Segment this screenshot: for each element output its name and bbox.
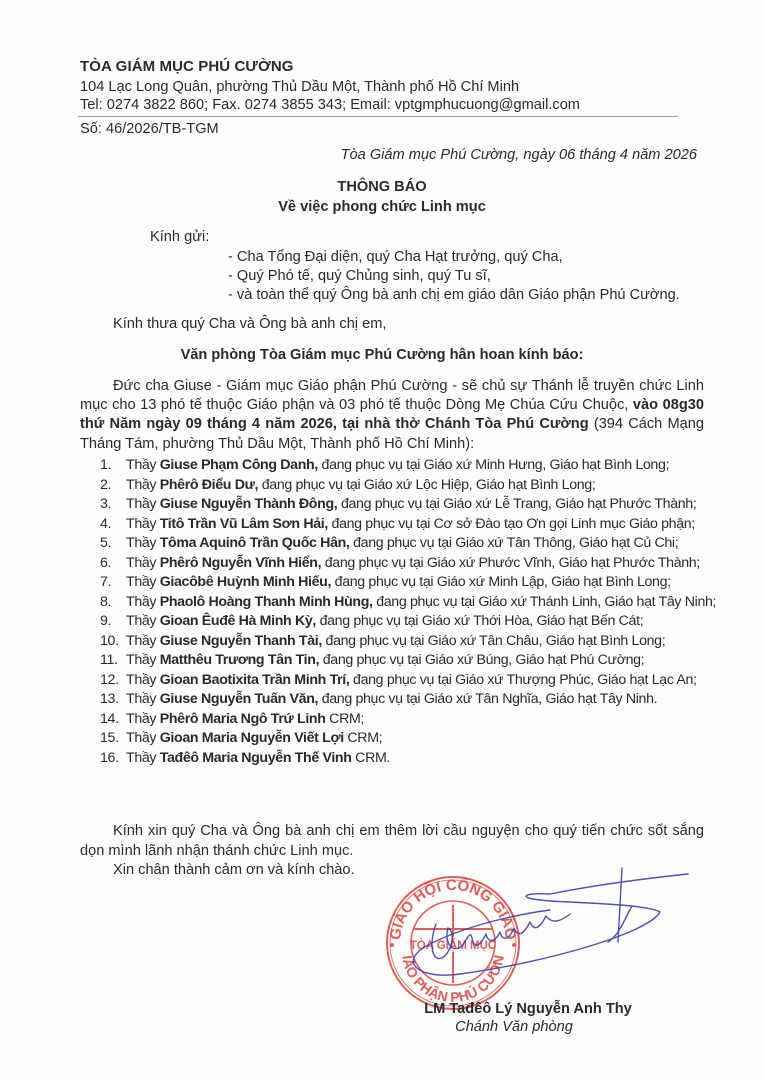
list-item: 1.Thầy Giuse Phạm Công Danh, đang phục v… [100, 456, 716, 476]
organization-address: 104 Lạc Long Quân, phường Thủ Dầu Một, T… [80, 79, 519, 95]
recipient-line: - và toàn thể quý Ông bà anh chị em giáo… [228, 287, 680, 303]
list-item: 2.Thầy Phêrô Điểu Dư, đang phục vụ tại G… [100, 476, 716, 496]
recipient-line: - Cha Tổng Đại diện, quý Cha Hạt trưởng,… [228, 249, 563, 265]
organization-contact: Tel: 0274 3822 860; Fax. 0274 3855 343; … [80, 97, 580, 113]
ordinand-list: 1.Thầy Giuse Phạm Công Danh, đang phục v… [100, 456, 716, 768]
document-subject: Về việc phong chức Linh mục [0, 199, 764, 215]
list-item: 14.Thầy Phêrô Maria Ngô Trứ Linh CRM; [100, 710, 716, 730]
ordinand-name: Phêrô Điểu Dư, [160, 477, 258, 493]
recipient-line: - Quý Phó tế, quý Chủng sinh, quý Tu sĩ, [228, 268, 491, 284]
ordinand-name: Phaolô Hoàng Thanh Minh Hùng, [160, 594, 373, 610]
header-divider [78, 116, 678, 117]
list-item: 11.Thầy Matthêu Trương Tân Tin, đang phụ… [100, 651, 716, 671]
ordinand-name: Titô Trần Vũ Lâm Sơn Hải, [160, 516, 328, 532]
document-title: THÔNG BÁO [0, 179, 764, 195]
ordinand-name: Giuse Nguyễn Tuấn Văn, [160, 691, 318, 707]
list-item: 3.Thầy Giuse Nguyễn Thành Đông, đang phụ… [100, 495, 716, 515]
ordinand-name: Giuse Phạm Công Danh, [160, 457, 318, 473]
ordinand-name: Gioan Maria Nguyễn Viết Lợi [160, 730, 344, 746]
list-item: 13.Thầy Giuse Nguyễn Tuấn Văn, đang phục… [100, 690, 716, 710]
signer-title: Chánh Văn phòng [364, 1019, 664, 1035]
organization-name: TÒA GIÁM MỤC PHÚ CƯỜNG [80, 58, 294, 75]
ordinand-name: Phêrô Nguyễn Vĩnh Hiển, [160, 555, 321, 571]
ordinand-name: Gioan Baotixita Trần Minh Trí, [160, 672, 350, 688]
greeting: Kính thưa quý Cha và Ông bà anh chị em, [113, 316, 386, 332]
ordinand-name: Tôma Aquinô Trần Quốc Hân, [160, 535, 350, 551]
ordinand-name: Giuse Nguyễn Thành Đông, [160, 496, 338, 512]
ordinand-name: Tađêô Maria Nguyễn Thế Vinh [160, 750, 352, 766]
recipients-label: Kính gửi: [150, 229, 209, 245]
signer-name: LM Tađêô Lý Nguyễn Anh Thy [378, 1001, 678, 1017]
list-item: 9.Thầy Gioan Êuđê Hà Minh Kỳ, đang phục … [100, 612, 716, 632]
signature-icon [400, 862, 690, 982]
document-number: Số: 46/2026/TB-TGM [80, 121, 219, 137]
body-text: Đức cha Giuse - Giám mục Giáo phận Phú C… [80, 378, 704, 413]
ordinand-name: Giacôbê Huỳnh Minh Hiếu, [160, 574, 331, 590]
ordinand-name: Giuse Nguyễn Thanh Tài, [160, 633, 322, 649]
ordinand-name: Gioan Êuđê Hà Minh Kỳ, [160, 613, 316, 629]
list-item: 7.Thầy Giacôbê Huỳnh Minh Hiếu, đang phụ… [100, 573, 716, 593]
document-page: TÒA GIÁM MỤC PHÚ CƯỜNG 104 Lạc Long Quân… [0, 0, 764, 1080]
list-item: 6.Thầy Phêrô Nguyễn Vĩnh Hiển, đang phục… [100, 554, 716, 574]
prayer-request: Kính xin quý Cha và Ông bà anh chị em th… [80, 822, 704, 861]
list-item: 10.Thầy Giuse Nguyễn Thanh Tài, đang phụ… [100, 632, 716, 652]
list-item: 16.Thầy Tađêô Maria Nguyễn Thế Vinh CRM. [100, 749, 716, 769]
list-item: 15.Thầy Gioan Maria Nguyễn Viết Lợi CRM; [100, 729, 716, 749]
date-line: Tòa Giám mục Phú Cường, ngày 06 tháng 4 … [341, 147, 697, 163]
announcement-body: Đức cha Giuse - Giám mục Giáo phận Phú C… [80, 377, 704, 454]
closing-thanks: Xin chân thành cảm ơn và kính chào. [113, 862, 355, 878]
ordinand-name: Phêrô Maria Ngô Trứ Linh [160, 711, 326, 727]
announcement-heading: Văn phòng Tòa Giám mục Phú Cường hân hoa… [0, 347, 764, 363]
ordinand-name: Matthêu Trương Tân Tin, [160, 652, 319, 668]
list-item: 8.Thầy Phaolô Hoàng Thanh Minh Hùng, đan… [100, 593, 716, 613]
list-item: 5.Thầy Tôma Aquinô Trần Quốc Hân, đang p… [100, 534, 716, 554]
list-item: 4.Thầy Titô Trần Vũ Lâm Sơn Hải, đang ph… [100, 515, 716, 535]
list-item: 12.Thầy Gioan Baotixita Trần Minh Trí, đ… [100, 671, 716, 691]
